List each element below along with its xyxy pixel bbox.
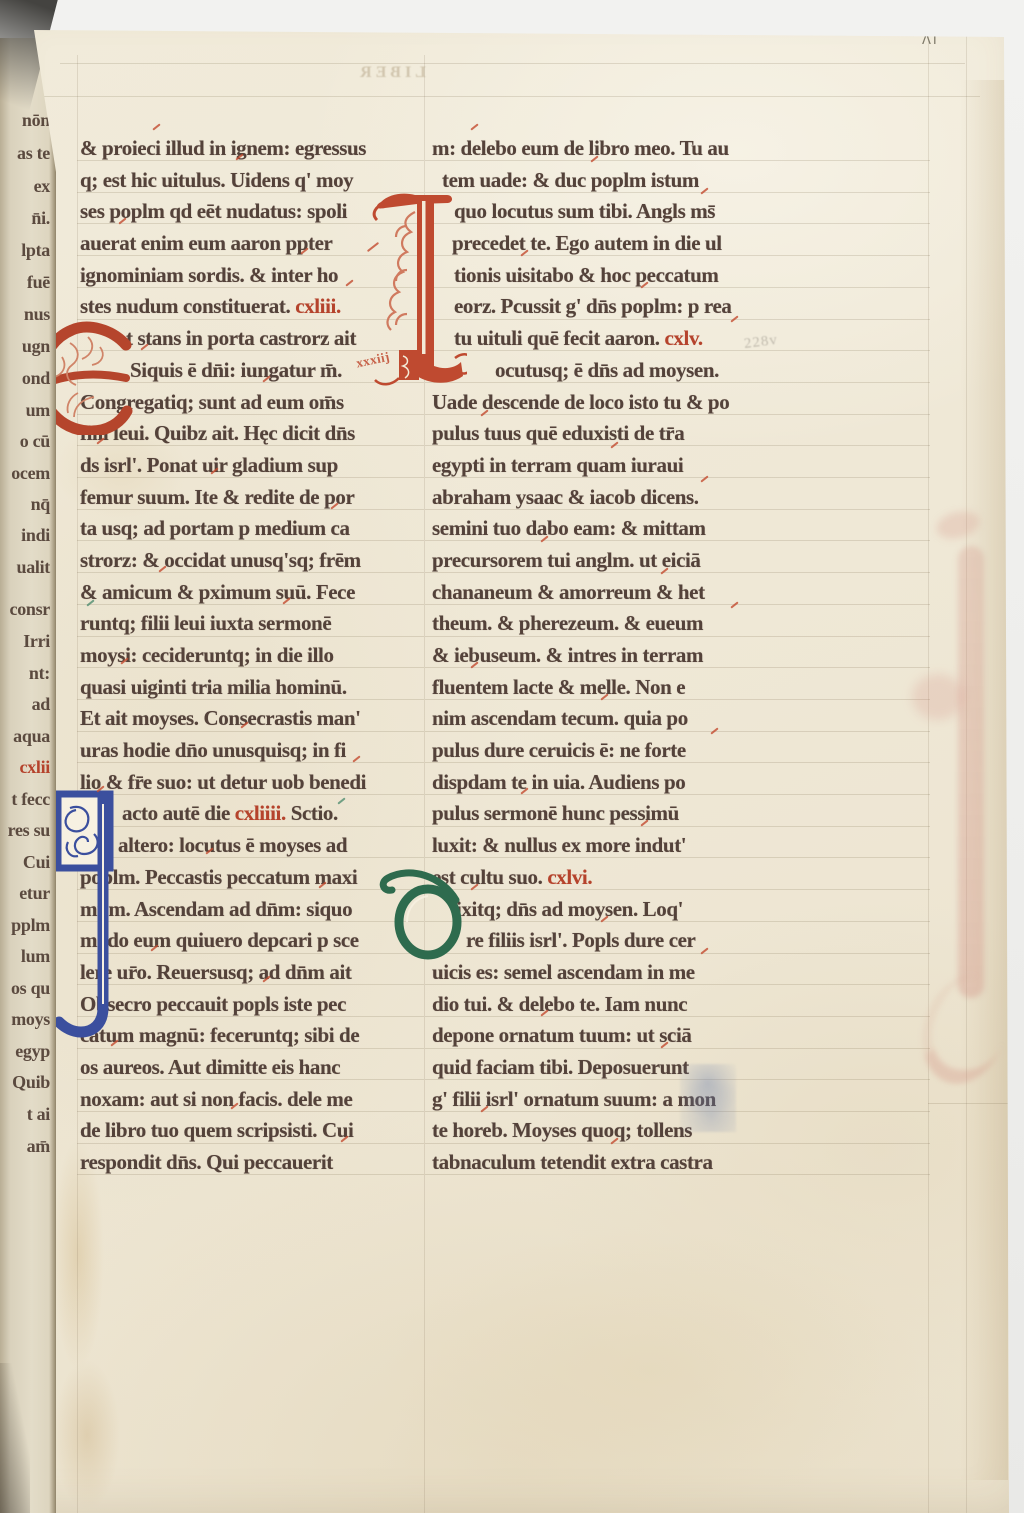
header-showthrough: LIBER	[336, 64, 446, 82]
text-line: lere ur̄o. Reuersusq; ad dn̄m ait	[80, 957, 366, 989]
parchment-stain	[960, 80, 1008, 1480]
rubric-text: cxliii.	[295, 294, 341, 318]
body-text: ixitq; dn̄s ad moysen. Loq'	[456, 897, 683, 921]
edge-text-fragment: nus	[24, 304, 50, 325]
edge-text-fragment: n̄i.	[31, 208, 50, 229]
text-line: catum magnū: feceruntq; sibi de	[80, 1020, 366, 1052]
text-line: altero: locutus ē moyses ad	[80, 830, 366, 862]
body-text: re filiis isrl'. Popls dure cer	[466, 928, 695, 952]
body-text: uras hodie dn̄o unusquisq; in fi	[80, 738, 346, 762]
text-line: quo locutus sum tibi. Angls ms̄	[432, 196, 732, 228]
body-text: abraham ysaac & iacob dicens.	[432, 485, 699, 509]
body-text: depone ornatum tuum: ut sciā	[432, 1023, 691, 1047]
body-text: pulus tuus quē eduxisti de tr̄a	[432, 421, 684, 445]
edge-text-fragment: ad	[32, 694, 50, 715]
text-line: tionis uisitabo & hoc peccatum	[432, 260, 732, 292]
book-edge-previous-page: nōnas teexn̄i.lptafuēnusugnondumo cūocem…	[0, 38, 57, 1513]
body-text: dio tui. & delebo te. Iam nunc	[432, 992, 687, 1016]
text-line: pulus dure ceruicis ē: ne forte	[432, 735, 732, 767]
body-text: precursorem tui anglm. ut eiciā	[432, 548, 701, 572]
text-line: re filiis isrl'. Popls dure cer	[432, 925, 732, 957]
edge-text-fragment: nq̄	[31, 494, 50, 515]
edge-text-fragment: as te	[17, 143, 50, 164]
text-line: moysi: cecideruntq; in die illo	[80, 640, 366, 672]
text-line: mum. Ascendam ad dn̄m: siquo	[80, 894, 366, 926]
edge-text-fragment: moys	[11, 1009, 50, 1030]
illuminated-initial-F: F	[54, 790, 118, 1052]
body-text: moysi: cecideruntq; in die illo	[80, 643, 334, 667]
body-text: chananeum & amorreum & het	[432, 580, 705, 604]
corner-shadow	[0, 1363, 30, 1513]
text-line: stes nudum constituerat. cxliii.	[80, 291, 366, 323]
text-line: semini tuo dabo eam: & mittam	[432, 513, 732, 545]
text-line: runtq; filii leui iuxta sermonē	[80, 608, 366, 640]
body-text: pulus dure ceruicis ē: ne forte	[432, 738, 686, 762]
scribal-tick-mark	[730, 601, 738, 608]
body-text: stes nudum constituerat.	[80, 294, 295, 318]
body-text: fluentem lacte & melle. Non e	[432, 675, 685, 699]
body-text: Et ait moyses. Consecrastis man'	[80, 706, 361, 730]
body-text: altero: locutus ē moyses ad	[118, 833, 347, 857]
rubric-text: cxliiii.	[235, 801, 286, 825]
body-text: runtq; filii leui iuxta sermonē	[80, 611, 331, 635]
text-line: Uade descende de loco isto tu & po	[432, 387, 732, 419]
body-text: noxam: aut si non facis. dele me	[80, 1087, 352, 1111]
body-text: modo eum quiuero depcari p sce	[80, 928, 359, 952]
text-line: ignominiam sordis. & inter ho	[80, 260, 366, 292]
body-text: tabnaculum tetendit extra castra	[432, 1150, 713, 1174]
text-line: os aureos. Aut dimitte eis hanc	[80, 1052, 366, 1084]
edge-text-fragment: Irri	[23, 631, 50, 652]
body-text: q; est hic uitulus. Uidens q' moy	[80, 168, 353, 192]
body-text: & amicum & pximum suū. Fece	[80, 580, 355, 604]
text-line: de libro tuo quem scripsisti. Cui	[80, 1115, 366, 1147]
scribal-tick-mark	[470, 123, 478, 130]
body-text: nim ascendam tecum. quia po	[432, 706, 688, 730]
body-text: catum magnū: feceruntq; sibi de	[80, 1023, 359, 1047]
text-line: dio tui. & delebo te. Iam nunc	[432, 989, 732, 1021]
manuscript-photo-backdrop: nōnas teexn̄i.lptafuēnusugnondumo cūocem…	[0, 0, 1024, 1513]
edge-text-fragment: lpta	[21, 240, 50, 261]
text-line: egypti in terram quam iuraui	[432, 450, 732, 482]
body-text: mum. Ascendam ad dn̄m: siquo	[80, 897, 352, 921]
parchment-stain	[54, 1360, 120, 1510]
body-text: g' filii isrl' ornatum suum: a mon	[432, 1087, 716, 1111]
body-text: Sctio.	[286, 801, 338, 825]
text-line: acto autē die cxliiii. Sctio.	[80, 798, 366, 830]
body-text: ignominiam sordis. & inter ho	[80, 263, 338, 287]
text-column-right: m: delebo eum de libro meo. Tu autem uad…	[432, 133, 732, 1179]
body-text: egypti in terram quam iuraui	[432, 453, 683, 477]
text-line: quasi uiginti tria milia hominū.	[80, 672, 366, 704]
text-line: ds isrl'. Ponat uir gladium sup	[80, 450, 366, 482]
edge-text-fragment: Quib	[12, 1072, 50, 1093]
body-text: auerat enim eum aaron ppter	[80, 231, 332, 255]
manuscript-page: LIBER ΛI 228v & proieci illud in ignem: …	[0, 0, 1024, 1513]
edge-text-fragment: am̄	[27, 1136, 50, 1157]
text-line: tem uade: & duc poplm istum	[432, 165, 732, 197]
body-text: de libro tuo quem scripsisti. Cui	[80, 1118, 353, 1142]
text-line: tu uituli quē fecit aaron. cxlv.	[432, 323, 732, 355]
text-line: respondit dn̄s. Qui peccauerit	[80, 1147, 366, 1179]
ruling-line	[928, 1103, 1008, 1104]
edge-text-fragment: egyp	[15, 1041, 50, 1062]
edge-text-fragment: indi	[21, 525, 50, 546]
body-text: & proieci illud in ignem: egressus	[80, 136, 366, 160]
body-text: semini tuo dabo eam: & mittam	[432, 516, 706, 540]
body-text: ocutusq; ē dn̄s ad moysen.	[495, 358, 719, 382]
rubric-text: cxlvi.	[547, 865, 592, 889]
body-text: precedet te. Ego autem in die ul	[452, 231, 722, 255]
edge-text-fragment: ex	[34, 176, 50, 197]
text-line: poplm. Peccastis peccatum maxi	[80, 862, 366, 894]
edge-text-fragment: os qu	[11, 978, 50, 999]
ruling-line-vertical	[966, 34, 967, 1513]
edge-text-fragment: um	[26, 400, 50, 421]
ruling-line	[60, 63, 965, 64]
body-text: tionis uisitabo & hoc peccatum	[454, 263, 719, 287]
body-text: lere ur̄o. Reuersusq; ad dn̄m ait	[80, 960, 352, 984]
edge-text-fragment: nt:	[29, 663, 50, 684]
text-line: & amicum & pximum suū. Fece	[80, 577, 366, 609]
edge-text-fragment: consr	[10, 599, 51, 620]
body-text: respondit dn̄s. Qui peccauerit	[80, 1150, 333, 1174]
text-line: lio & fr̄e suo: ut detur uob benedi	[80, 767, 366, 799]
edge-text-fragment: res su	[8, 820, 50, 841]
edge-text-fragment: etur	[19, 883, 50, 904]
text-line: & proieci illud in ignem: egressus	[80, 133, 366, 165]
text-line: precedet te. Ego autem in die ul	[432, 228, 732, 260]
text-line: tabnaculum tetendit extra castra	[432, 1147, 732, 1179]
edge-text-fragment: cxlii	[20, 757, 51, 778]
body-text: strorz: & occidat unusq'sq; frēm	[80, 548, 361, 572]
body-text: Obsecro peccauit popls iste pec	[80, 992, 346, 1016]
body-text: m: delebo eum de libro meo. Tu au	[432, 136, 729, 160]
body-text: luxit: & nullus ex more indut'	[432, 833, 686, 857]
scribal-tick-mark	[152, 123, 160, 130]
body-text: tem uade: & duc poplm istum	[442, 168, 699, 192]
edge-text-fragment: t fecc	[11, 789, 50, 810]
body-text: quo locutus sum tibi. Angls ms̄	[454, 199, 715, 223]
edge-text-fragment: pplm	[11, 915, 50, 936]
text-line: eorz. Pcussit g' dn̄s poplm: p rea	[432, 291, 732, 323]
text-line: femur suum. Ite & redite de por	[80, 482, 366, 514]
body-text: lio & fr̄e suo: ut detur uob benedi	[80, 770, 366, 794]
text-line: m: delebo eum de libro meo. Tu au	[432, 133, 732, 165]
edge-text-fragment: ugn	[22, 336, 50, 357]
text-line: fluentem lacte & melle. Non e	[432, 672, 732, 704]
body-text: quid faciam tibi. Deposuerunt	[432, 1055, 689, 1079]
body-text: ds isrl'. Ponat uir gladium sup	[80, 453, 338, 477]
edge-text-fragment: Cui	[23, 852, 50, 873]
text-line: q; est hic uitulus. Uidens q' moy	[80, 165, 366, 197]
text-line: chananeum & amorreum & het	[432, 577, 732, 609]
edge-text-fragment: ond	[22, 368, 50, 389]
text-line: precursorem tui anglm. ut eiciā	[432, 545, 732, 577]
edge-text-fragment: fuē	[27, 272, 50, 293]
text-line: dispdam te in uia. Audiens po	[432, 767, 732, 799]
text-line: uicis es: semel ascendam in me	[432, 957, 732, 989]
edge-text-fragment: ocem	[11, 463, 50, 484]
body-text: te horeb. Moyses quoq; tollens	[432, 1118, 692, 1142]
body-text: os aureos. Aut dimitte eis hanc	[80, 1055, 340, 1079]
body-text: poplm. Peccastis peccatum maxi	[80, 865, 357, 889]
text-line: ta usq; ad portam p medium ca	[80, 513, 366, 545]
text-line: uras hodie dn̄o unusquisq; in fi	[80, 735, 366, 767]
text-line: ocutusq; ē dn̄s ad moysen.	[432, 355, 732, 387]
rubric-text: cxlv.	[665, 326, 703, 350]
text-line: ses poplm qd eēt nudatus: spoli	[80, 196, 366, 228]
ruling-line-vertical	[928, 34, 929, 1513]
body-text: quasi uiginti tria milia hominū.	[80, 675, 347, 699]
text-line: Et ait moyses. Consecrastis man'	[80, 703, 366, 735]
body-text: pulus sermonē hunc pessimū	[432, 801, 679, 825]
edge-text-fragment: t ai	[27, 1104, 50, 1125]
body-text: uicis es: semel ascendam in me	[432, 960, 695, 984]
body-text: femur suum. Ite & redite de por	[80, 485, 354, 509]
text-line: pulus sermonē hunc pessimū	[432, 798, 732, 830]
parchment-stain	[380, 1230, 920, 1510]
illuminated-initial-D: D	[376, 858, 470, 964]
body-text: ta usq; ad portam p medium ca	[80, 516, 350, 540]
edge-text-fragment: o cū	[20, 431, 50, 452]
body-text: Uade descende de loco isto tu & po	[432, 390, 729, 414]
text-line: Obsecro peccauit popls iste pec	[80, 989, 366, 1021]
body-text: eorz. Pcussit g' dn̄s poplm: p rea	[454, 294, 732, 318]
text-line: est cultu suo. cxlvi.	[432, 862, 732, 894]
text-line: nim ascendam tecum. quia po	[432, 703, 732, 735]
text-line: auerat enim eum aaron ppter	[80, 228, 366, 260]
text-line: depone ornatum tuum: ut sciā	[432, 1020, 732, 1052]
ruling-line-vertical	[77, 55, 78, 1513]
edge-text-fragment: lum	[21, 946, 50, 967]
edge-text-fragment: ualit	[16, 557, 50, 578]
text-line: ixitq; dn̄s ad moysen. Loq'	[432, 894, 732, 926]
body-text: ses poplm qd eēt nudatus: spoli	[80, 199, 347, 223]
text-line: modo eum quiuero depcari p sce	[80, 925, 366, 957]
text-line: strorz: & occidat unusq'sq; frēm	[80, 545, 366, 577]
text-line: theum. & pherezeum. & eueum	[432, 608, 732, 640]
body-text: theum. & pherezeum. & eueum	[432, 611, 703, 635]
text-line: pulus tuus quē eduxisti de tr̄a	[432, 418, 732, 450]
body-text: acto autē die	[122, 801, 235, 825]
blue-ink-stain	[680, 1064, 736, 1132]
body-text: t stans in porta castrorz ait	[126, 326, 356, 350]
folio-mark: ΛI	[922, 33, 939, 48]
body-text: dispdam te in uia. Audiens po	[432, 770, 685, 794]
text-column-left: & proieci illud in ignem: egressusq; est…	[80, 133, 366, 1179]
ruling-line	[40, 96, 980, 97]
body-text: tu uituli quē fecit aaron.	[454, 326, 665, 350]
body-text: Siquis ē dn̄i: iungatur m̄.	[130, 358, 342, 382]
text-line: & iebuseum. & intres in terram	[432, 640, 732, 672]
text-line: luxit: & nullus ex more indut'	[432, 830, 732, 862]
edge-text-fragment: aqua	[13, 726, 50, 747]
text-line: abraham ysaac & iacob dicens.	[432, 482, 732, 514]
text-line: noxam: aut si non facis. dele me	[80, 1084, 366, 1116]
